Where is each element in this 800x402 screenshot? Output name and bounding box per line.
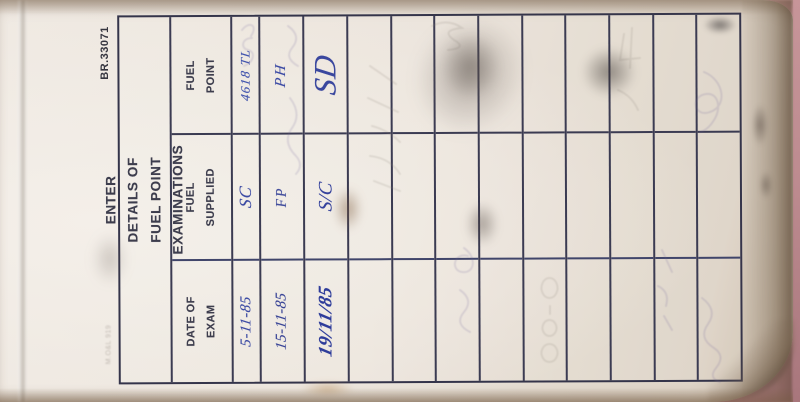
form-page-paper: BR.33071 M.O&L 919 ENTER DETAILS OF FUEL… [0, 0, 793, 402]
cell-fuel-point-empty [479, 16, 521, 134]
entry-2-fuel-supplied: S/C [315, 180, 337, 212]
form-number-text: BR.33071 [99, 26, 111, 80]
header-date-of-exam: DATE OF EXAM [172, 261, 232, 382]
header-fuel-point: FUEL POINT [171, 17, 231, 135]
empty-entry-column [567, 15, 612, 380]
cell-fuel-supplied-empty [611, 133, 653, 259]
form-number: BR.33071 [92, 16, 118, 90]
paper-crease [18, 0, 27, 402]
cell-date-of-exam-empty [393, 260, 435, 381]
cell-date-of-exam-empty [524, 259, 566, 380]
entry-column-3: SD S/C 19/11/85 [304, 16, 350, 381]
cell-fuel-supplied-empty [698, 133, 740, 259]
entry-column-1: 4618 TL SC 5-11-85 [232, 17, 262, 382]
stain [756, 165, 776, 205]
cell-date-of-exam-empty [437, 260, 479, 381]
cell-date-of-exam-empty [349, 260, 391, 381]
cell-date-of-exam-empty [611, 259, 653, 380]
cell-date-of-exam: 5-11-85 [233, 261, 260, 382]
entry-column-2: PH FP 15-11-85 [260, 17, 306, 382]
empty-entry-column [392, 16, 437, 381]
cell-fuel-point-empty [523, 15, 565, 133]
empty-entry-column [654, 15, 699, 380]
page-edge-texture [742, 0, 792, 402]
table-title-cell: ENTER DETAILS OF FUEL POINT EXAMINATIONS [119, 17, 173, 382]
cell-fuel-point-empty [610, 15, 652, 133]
entry-0-date: 5-11-85 [238, 295, 255, 348]
cell-date-of-exam: 19/11/85 [305, 260, 348, 381]
cell-fuel-point-empty [436, 16, 478, 134]
cell-fuel-point: PH [260, 17, 303, 135]
empty-entry-column [348, 16, 393, 381]
cell-date-of-exam: 15-11-85 [261, 261, 304, 382]
entry-0-fuel-supplied: SC [236, 185, 256, 210]
cell-fuel-point: SD [304, 16, 347, 134]
cell-fuel-supplied-empty [480, 134, 522, 260]
entry-1-fuel-point: PH [273, 61, 290, 87]
cell-fuel-point-empty [348, 16, 390, 134]
entry-1-fuel-supplied: FP [273, 185, 290, 208]
cell-date-of-exam-empty [699, 259, 741, 380]
cell-fuel-point: 4618 TL [232, 17, 259, 135]
entry-0-fuel-point: 4618 TL [237, 48, 253, 102]
stain [748, 95, 772, 155]
empty-entry-column [436, 16, 481, 381]
cell-fuel-supplied: S/C [305, 134, 348, 260]
cell-fuel-supplied-empty [654, 133, 696, 259]
entry-2-fuel-point: SD [307, 52, 343, 97]
fuel-exam-table: ENTER DETAILS OF FUEL POINT EXAMINATIONS… [117, 13, 743, 385]
header-fuel-supplied: FUEL SUPPLIED [172, 135, 232, 261]
cell-fuel-point-empty [392, 16, 434, 134]
entry-2-date: 19/11/85 [315, 283, 337, 358]
cell-date-of-exam-empty [655, 259, 697, 380]
cell-date-of-exam-empty [568, 259, 610, 380]
cell-fuel-supplied-empty [523, 133, 565, 259]
cell-date-of-exam-empty [480, 260, 522, 381]
empty-entry-column [479, 16, 524, 381]
faint-print-code: M.O&L 919 [99, 316, 119, 372]
cell-fuel-point-empty [698, 15, 740, 133]
bottom-edge-pages [0, 388, 793, 402]
cell-fuel-supplied: FP [261, 135, 304, 261]
entry-1-date: 15-11-85 [274, 291, 291, 350]
cell-fuel-supplied-empty [436, 134, 478, 260]
cell-fuel-supplied-empty [392, 134, 434, 260]
cell-fuel-supplied-empty [349, 134, 391, 260]
cell-fuel-point-empty [654, 15, 696, 133]
empty-entry-column [523, 15, 568, 380]
empty-entry-column [698, 15, 741, 380]
cell-fuel-supplied-empty [567, 133, 609, 259]
column-headers: FUEL POINT FUEL SUPPLIED DATE OF EXAM [171, 17, 234, 382]
cell-fuel-point-empty [567, 15, 609, 133]
empty-entry-column [610, 15, 655, 380]
cell-fuel-supplied: SC [233, 135, 260, 261]
